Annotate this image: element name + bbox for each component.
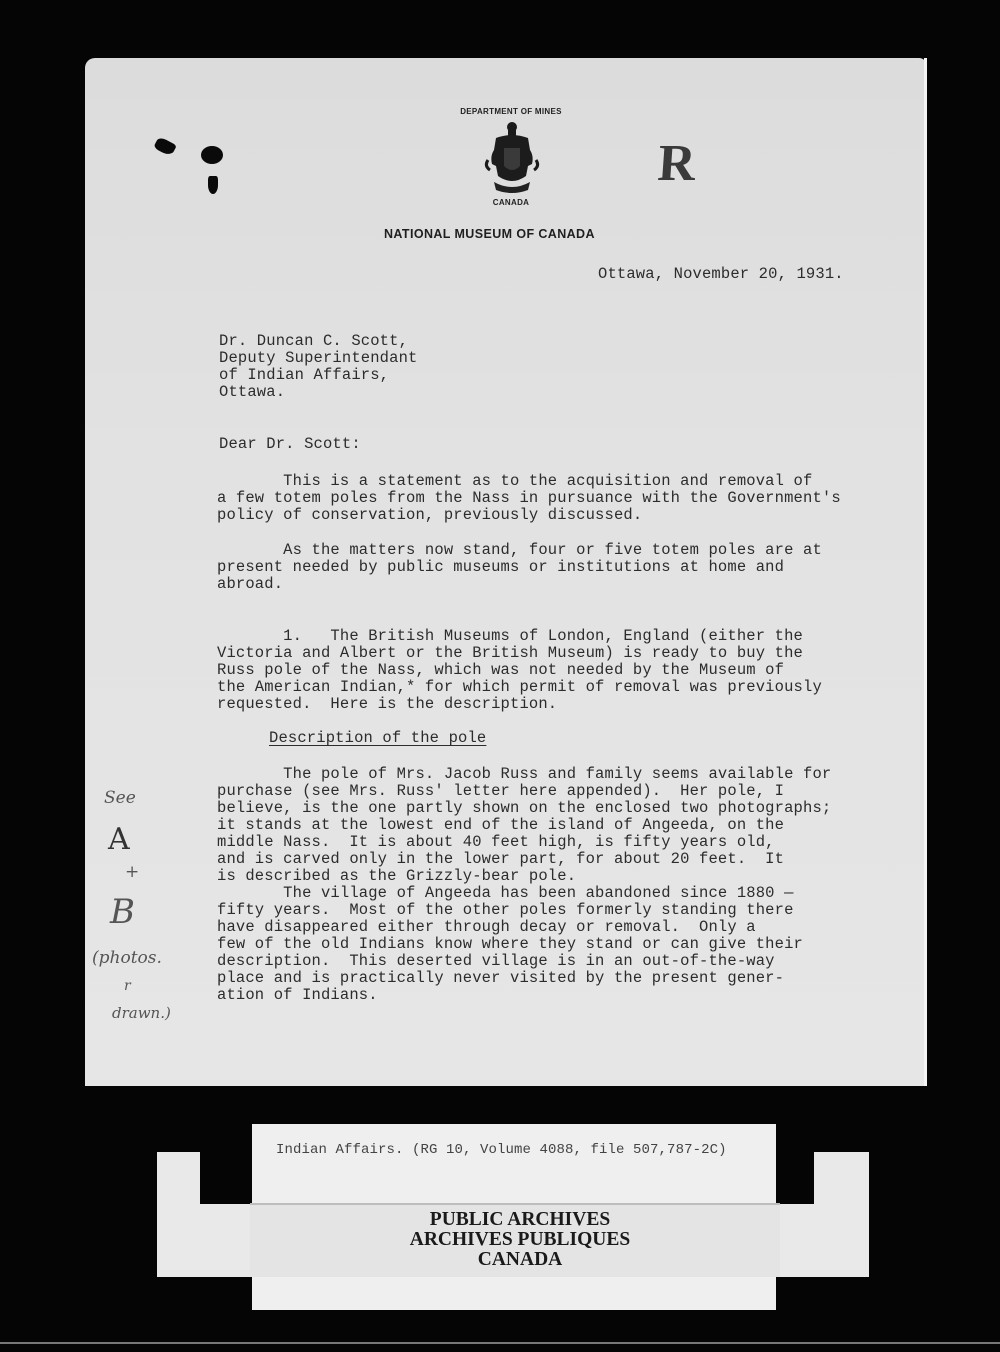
note-line: drawn.) xyxy=(112,1004,171,1022)
stamp-line: ARCHIVES PUBLIQUES xyxy=(360,1230,680,1250)
text-line: place and is practically never visited b… xyxy=(217,970,784,987)
text-line: requested. Here is the description. xyxy=(217,696,557,713)
text-line: the American Indian,* for which permit o… xyxy=(217,679,822,696)
stamp-line: CANADA xyxy=(360,1250,680,1270)
text-line: and is carved only in the lower part, fo… xyxy=(217,851,784,868)
department-heading: DEPARTMENT OF MINES xyxy=(436,107,586,116)
text-line: The village of Angeeda has been abandone… xyxy=(217,885,794,902)
ink-mark xyxy=(201,146,223,164)
addressee-line: Deputy Superintendant xyxy=(219,350,417,367)
subheading-description: Description of the pole xyxy=(269,730,486,747)
text-line: The pole of Mrs. Jacob Russ and family s… xyxy=(217,766,831,783)
text-line: 1. The British Museums of London, Englan… xyxy=(217,628,803,645)
stamp-letter: R xyxy=(656,138,697,190)
text-line: Victoria and Albert or the British Museu… xyxy=(217,645,803,662)
text-line: Russ pole of the Nass, which was not nee… xyxy=(217,662,784,679)
note-line: + xyxy=(125,862,139,882)
stamp-line: PUBLIC ARCHIVES xyxy=(360,1210,680,1230)
place-date: Ottawa, November 20, 1931. xyxy=(598,266,844,283)
text-line: believe, is the one partly shown on the … xyxy=(217,800,831,817)
salutation: Dear Dr. Scott: xyxy=(219,436,361,453)
text-line: it stands at the lowest end of the islan… xyxy=(217,817,784,834)
text-line: abroad. xyxy=(217,576,283,593)
text-line: fifty years. Most of the other poles for… xyxy=(217,902,794,919)
slip-shadow xyxy=(200,1152,252,1204)
text-line: policy of conservation, previously discu… xyxy=(217,507,642,524)
addressee-line: of Indian Affairs, xyxy=(219,367,389,384)
institution-name: NATIONAL MUSEUM OF CANADA xyxy=(384,227,644,241)
text-line: purchase (see Mrs. Russ' letter here app… xyxy=(217,783,784,800)
note-line: B xyxy=(110,892,135,932)
text-line: few of the old Indians know where they s… xyxy=(217,936,803,953)
note-line: See xyxy=(104,788,136,808)
ink-mark xyxy=(208,176,218,194)
addressee-line: Ottawa. xyxy=(219,384,285,401)
text-line: a few totem poles from the Nass in pursu… xyxy=(217,490,841,507)
text-line: description. This deserted village is in… xyxy=(217,953,775,970)
text-line: have disappeared either through decay or… xyxy=(217,919,756,936)
text-line: As the matters now stand, four or five t… xyxy=(217,542,822,559)
text-line: middle Nass. It is about 40 feet high, i… xyxy=(217,834,775,851)
note-line: r xyxy=(124,978,131,994)
frame-edge xyxy=(0,1342,1000,1344)
archive-reference: Indian Affairs. (RG 10, Volume 4088, fil… xyxy=(276,1142,727,1158)
addressee-line: Dr. Duncan C. Scott, xyxy=(219,333,408,350)
text-line: This is a statement as to the acquisitio… xyxy=(217,473,812,490)
text-line: present needed by public museums or inst… xyxy=(217,559,784,576)
note-line: (photos. xyxy=(92,948,162,968)
slip-shadow xyxy=(776,1152,814,1204)
note-line: A xyxy=(108,822,130,857)
text-line: is described as the Grizzly-bear pole. xyxy=(217,868,576,885)
text-line: ation of Indians. xyxy=(217,987,378,1004)
public-archives-stamp: PUBLIC ARCHIVES ARCHIVES PUBLIQUES CANAD… xyxy=(360,1210,680,1270)
coat-of-arms-icon xyxy=(482,120,542,196)
crest-label: CANADA xyxy=(478,198,544,207)
